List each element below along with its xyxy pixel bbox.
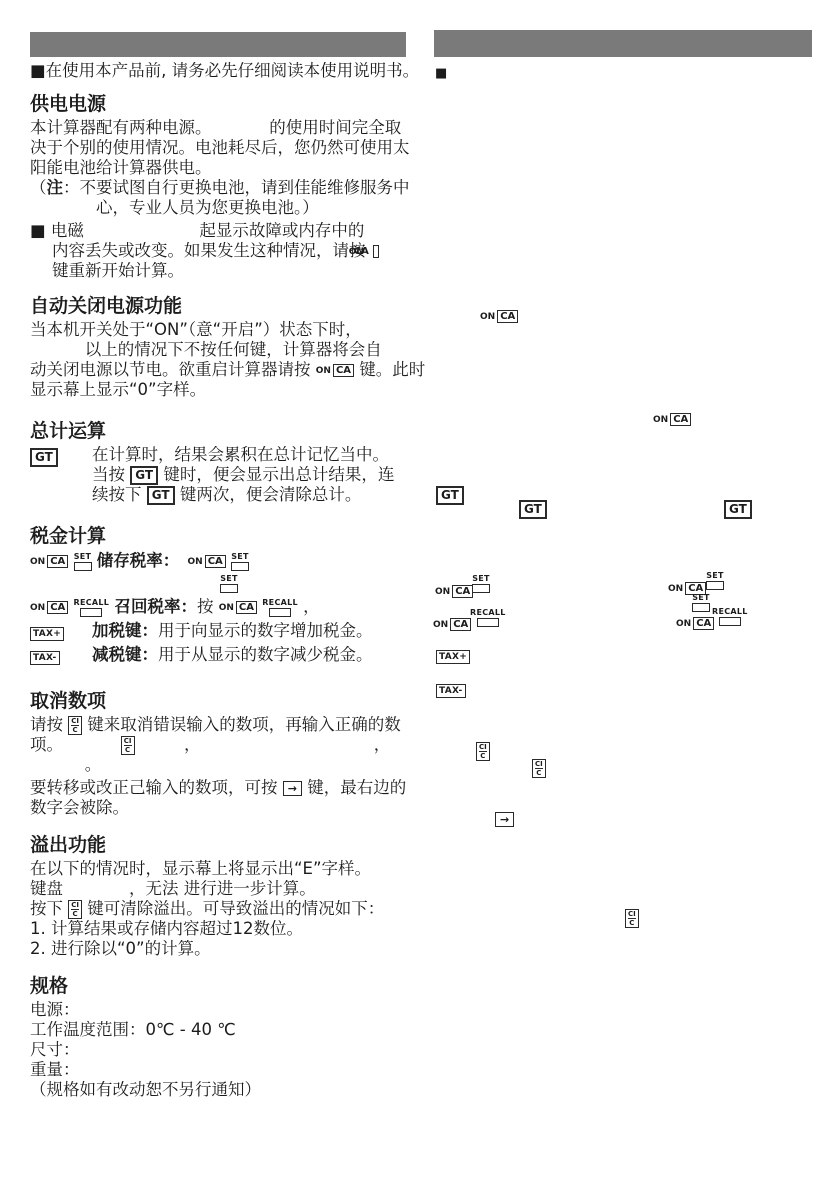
set-key-box xyxy=(706,581,724,590)
recall-label: RECALL xyxy=(74,599,110,607)
on-label: ON xyxy=(219,603,234,613)
set-key-icon: SET xyxy=(74,553,92,571)
on-ca-key-icon: ONCA xyxy=(435,585,473,598)
key-slot: → xyxy=(495,809,514,828)
key-slot: SET xyxy=(472,573,490,593)
section-heading-overflow: 溢出功能 xyxy=(30,834,412,856)
on-label: ON xyxy=(676,619,691,629)
tax-plus-row: TAX+ 加税键：用于向显示的数字增加税金。 xyxy=(30,621,412,642)
tax-store-line: ONCA SET 储存税率： ONCA SET xyxy=(30,550,412,572)
key-slot: ONCA xyxy=(480,306,518,325)
right-column-bullet: ■ xyxy=(435,67,447,80)
c-label: C xyxy=(73,726,78,734)
auto-off-body-text: 当本机开关处于“ON”（意“开启”）状态下时， 以上的情况下不按任何键，计算器将… xyxy=(30,320,412,400)
key-slot: CIC xyxy=(625,908,639,928)
set-key-icon: SET xyxy=(706,572,724,590)
section-specs: 规格 电源：工作温度范围：0℃ - 40 ℃尺寸：重量：（规格如有改动恕不另行通… xyxy=(30,975,412,1100)
recall-key-icon: RECALL xyxy=(470,609,506,627)
tax-minus-text: 减税键：用于从显示的数字减少税金。 xyxy=(92,645,412,666)
power-body-text: 本计算器配有两种电源。 的使用时间完全取决于个别的使用情况。电池耗尽后，您仍然可… xyxy=(30,118,412,218)
c-label: C xyxy=(480,752,485,760)
ca-key-box: CA xyxy=(47,601,68,614)
section-heading-grand-total: 总计运算 xyxy=(30,420,412,442)
set-label: SET xyxy=(220,575,238,583)
set-label: SET xyxy=(74,553,92,561)
tax-plus-text: 加税键：用于向显示的数字增加税金。 xyxy=(92,621,412,642)
on-ca-key-icon: ONCA xyxy=(653,413,691,426)
on-ca-key-icon: ONCA xyxy=(316,364,354,377)
key-slot: CIC xyxy=(532,758,546,778)
set-key-box xyxy=(692,603,710,612)
on-label: ON xyxy=(188,557,203,567)
set-label: SET xyxy=(472,575,490,583)
on-ca-key-icon: ONCA xyxy=(676,617,714,630)
section-heading-auto-off: 自动关闭电源功能 xyxy=(30,295,412,317)
set-key-icon: SET xyxy=(220,575,238,593)
key-slot: CIC xyxy=(476,741,490,761)
manual-page: ■ ■在使用本产品前, 请务必先仔细阅读本使用说明书。 供电电源 本计算器配有两… xyxy=(0,0,840,1192)
on-ca-key-icon: ONCA xyxy=(30,601,68,614)
ca-key-box: CA xyxy=(452,585,473,598)
on-ca-key-icon: ONCA xyxy=(188,555,226,568)
on-ca-key-icon: ONCA xyxy=(30,555,68,568)
ci-label: CI xyxy=(124,737,132,746)
tax-minus-row: TAX- 减税键：用于从显示的数字减少税金。 xyxy=(30,645,412,666)
key-slot: ONCA xyxy=(653,409,691,428)
power-bullet-text: ■ 电磁 起显示故障或内存中的内容丢失或改变。如果发生这种情况，请按 ONCA键… xyxy=(30,221,412,281)
on-ca-key-icon: ONCA xyxy=(371,245,379,258)
recall-label: RECALL xyxy=(712,608,748,616)
cancel-para1-text: 请按 CIC 键来取消错误输入的数项，再输入正确的数项。 CIC ， ， 。 xyxy=(30,715,412,775)
recall-key-box xyxy=(719,617,741,626)
ca-key-box: CA xyxy=(670,413,691,426)
set-key-box xyxy=(472,584,490,593)
c-label: C xyxy=(629,919,634,927)
on-label: ON xyxy=(30,557,45,567)
section-overflow: 溢出功能 在以下的情况时，显示幕上将显示出“E”字样。键盘 ，无法 进行进一步计… xyxy=(30,834,412,959)
section-power: 供电电源 本计算器配有两种电源。 的使用时间完全取决于个别的使用情况。电池耗尽后… xyxy=(30,93,412,281)
key-slot: SET xyxy=(706,570,724,590)
key-slot: ONCA xyxy=(433,614,471,633)
section-tax: 税金计算 ONCA SET 储存税率： ONCA SET SET ONCA RE… xyxy=(30,525,412,666)
set-label: SET xyxy=(692,594,710,602)
ci-c-key-icon: CIC xyxy=(121,736,135,755)
ca-key-box: CA xyxy=(685,582,706,595)
tax-plus-key-icon: TAX+ xyxy=(30,627,64,641)
ci-label: CI xyxy=(71,901,79,910)
section-auto-off: 自动关闭电源功能 当本机开关处于“ON”（意“开启”）状态下时， 以上的情况下不… xyxy=(30,295,412,400)
ci-label: CI xyxy=(628,910,636,919)
set-key-icon: SET xyxy=(472,575,490,593)
header-bar-left xyxy=(30,32,406,57)
set-label: SET xyxy=(231,553,249,561)
ca-key-box: CA xyxy=(450,618,471,631)
ci-c-key-icon: CIC xyxy=(476,742,490,761)
set-key-icon: SET xyxy=(231,553,249,571)
recall-label: RECALL xyxy=(262,599,298,607)
recall-key-box xyxy=(477,618,499,627)
c-label: C xyxy=(73,910,78,918)
key-slot: GT xyxy=(519,499,547,519)
on-label: ON xyxy=(433,620,448,630)
grand-total-text: 在计算时，结果会累积在总计记忆当中。当按 GT 键时，便会显示出总计结果，连续按… xyxy=(92,445,412,505)
recall-key-icon: RECALL xyxy=(712,608,748,626)
ci-c-key-icon: CIC xyxy=(532,759,546,778)
c-label: C xyxy=(125,746,130,754)
c-label: C xyxy=(536,769,541,777)
overflow-body-text: 在以下的情况时，显示幕上将显示出“E”字样。键盘 ，无法 进行进一步计算。按下 … xyxy=(30,859,412,959)
intro-note: ■在使用本产品前, 请务必先仔细阅读本使用说明书。 xyxy=(30,61,412,81)
tax-minus-key-cell: TAX- xyxy=(30,645,92,666)
recall-key-box xyxy=(269,608,291,617)
section-grand-total: 总计运算 GT 在计算时，结果会累积在总计记忆当中。当按 GT 键时，便会显示出… xyxy=(30,420,412,505)
key-slot: SET xyxy=(692,592,710,612)
on-label: ON xyxy=(480,312,495,322)
gt-key-icon: GT xyxy=(436,486,464,505)
gt-key-icon: GT xyxy=(724,500,752,519)
key-slot: GT xyxy=(724,499,752,519)
ca-key-box: CA xyxy=(693,617,714,630)
on-ca-key-icon: ONCA xyxy=(668,582,706,595)
key-slot: RECALL xyxy=(470,607,506,627)
ci-label: CI xyxy=(71,717,79,726)
key-slot: RECALL xyxy=(712,606,748,626)
section-heading-tax: 税金计算 xyxy=(30,525,412,547)
on-ca-key-icon: ONCA xyxy=(219,601,257,614)
on-label: ON xyxy=(30,603,45,613)
section-heading-specs: 规格 xyxy=(30,975,412,997)
set-key-box xyxy=(74,562,92,571)
set-key-box xyxy=(220,584,238,593)
on-label: ON xyxy=(435,587,450,597)
key-slot: ONCA xyxy=(435,581,473,600)
on-label: ON xyxy=(668,584,683,594)
key-slot: ONCA xyxy=(668,578,706,597)
right-arrow-key-icon: → xyxy=(495,812,514,827)
gt-key-icon: GT xyxy=(147,486,175,505)
specs-body-text: 电源：工作温度范围：0℃ - 40 ℃尺寸：重量：（规格如有改动恕不另行通知） xyxy=(30,1000,412,1100)
ci-label: CI xyxy=(535,760,543,769)
recall-label: RECALL xyxy=(470,609,506,617)
on-ca-key-icon: ONCA xyxy=(480,310,518,323)
gt-key-icon: GT xyxy=(30,448,58,467)
header-bar-right xyxy=(434,30,812,57)
section-heading-power: 供电电源 xyxy=(30,93,412,115)
right-arrow-key-icon: → xyxy=(283,781,302,796)
ci-label: CI xyxy=(479,743,487,752)
ca-key-box: CA xyxy=(236,601,257,614)
ci-c-key-icon: CIC xyxy=(68,716,82,735)
recall-key-icon: RECALL xyxy=(262,599,298,617)
ca-key-box: CA xyxy=(47,555,68,568)
section-cancel: 取消数项 请按 CIC 键来取消错误输入的数项，再输入正确的数项。 CIC ， … xyxy=(30,690,412,818)
tax-recall-line: ONCA RECALL 召回税率：按 ONCA RECALL ， xyxy=(30,596,412,618)
grand-total-row: GT 在计算时，结果会累积在总计记忆当中。当按 GT 键时，便会显示出总计结果，… xyxy=(30,445,412,505)
tax-minus-key-icon: TAX- xyxy=(30,651,60,665)
tax-plus-key-cell: TAX+ xyxy=(30,621,92,642)
tax-plus-key-icon: TAX+ xyxy=(436,650,470,664)
on-label: ON xyxy=(653,415,668,425)
ca-key-box: CA xyxy=(373,245,379,258)
grand-total-key-cell: GT xyxy=(30,445,92,505)
on-label: ON xyxy=(316,366,331,376)
set-key-icon: SET xyxy=(692,594,710,612)
key-slot: TAX+ xyxy=(436,646,470,665)
key-slot: ONCA xyxy=(676,613,714,632)
set-label: SET xyxy=(706,572,724,580)
key-slot: GT xyxy=(436,485,464,505)
ca-key-box: CA xyxy=(497,310,518,323)
set-key-box xyxy=(231,562,249,571)
key-slot: TAX- xyxy=(436,680,466,699)
gt-key-icon: GT xyxy=(130,466,158,485)
tax-minus-key-icon: TAX- xyxy=(436,684,466,698)
gt-key-icon: GT xyxy=(519,500,547,519)
ci-c-key-icon: CIC xyxy=(68,900,82,919)
section-heading-cancel: 取消数项 xyxy=(30,690,412,712)
recall-key-box xyxy=(80,608,102,617)
recall-key-icon: RECALL xyxy=(74,599,110,617)
cancel-para2-text: 要转移或改正己输入的数项，可按 → 键，最右边的数字会被除。 xyxy=(30,778,412,818)
on-ca-key-icon: ONCA xyxy=(433,618,471,631)
tax-store-line2: SET xyxy=(30,575,412,593)
left-column: ■在使用本产品前, 请务必先仔细阅读本使用说明书。 供电电源 本计算器配有两种电… xyxy=(30,59,412,1100)
ca-key-box: CA xyxy=(205,555,226,568)
ca-key-box: CA xyxy=(333,364,354,377)
ci-c-key-icon: CIC xyxy=(625,909,639,928)
